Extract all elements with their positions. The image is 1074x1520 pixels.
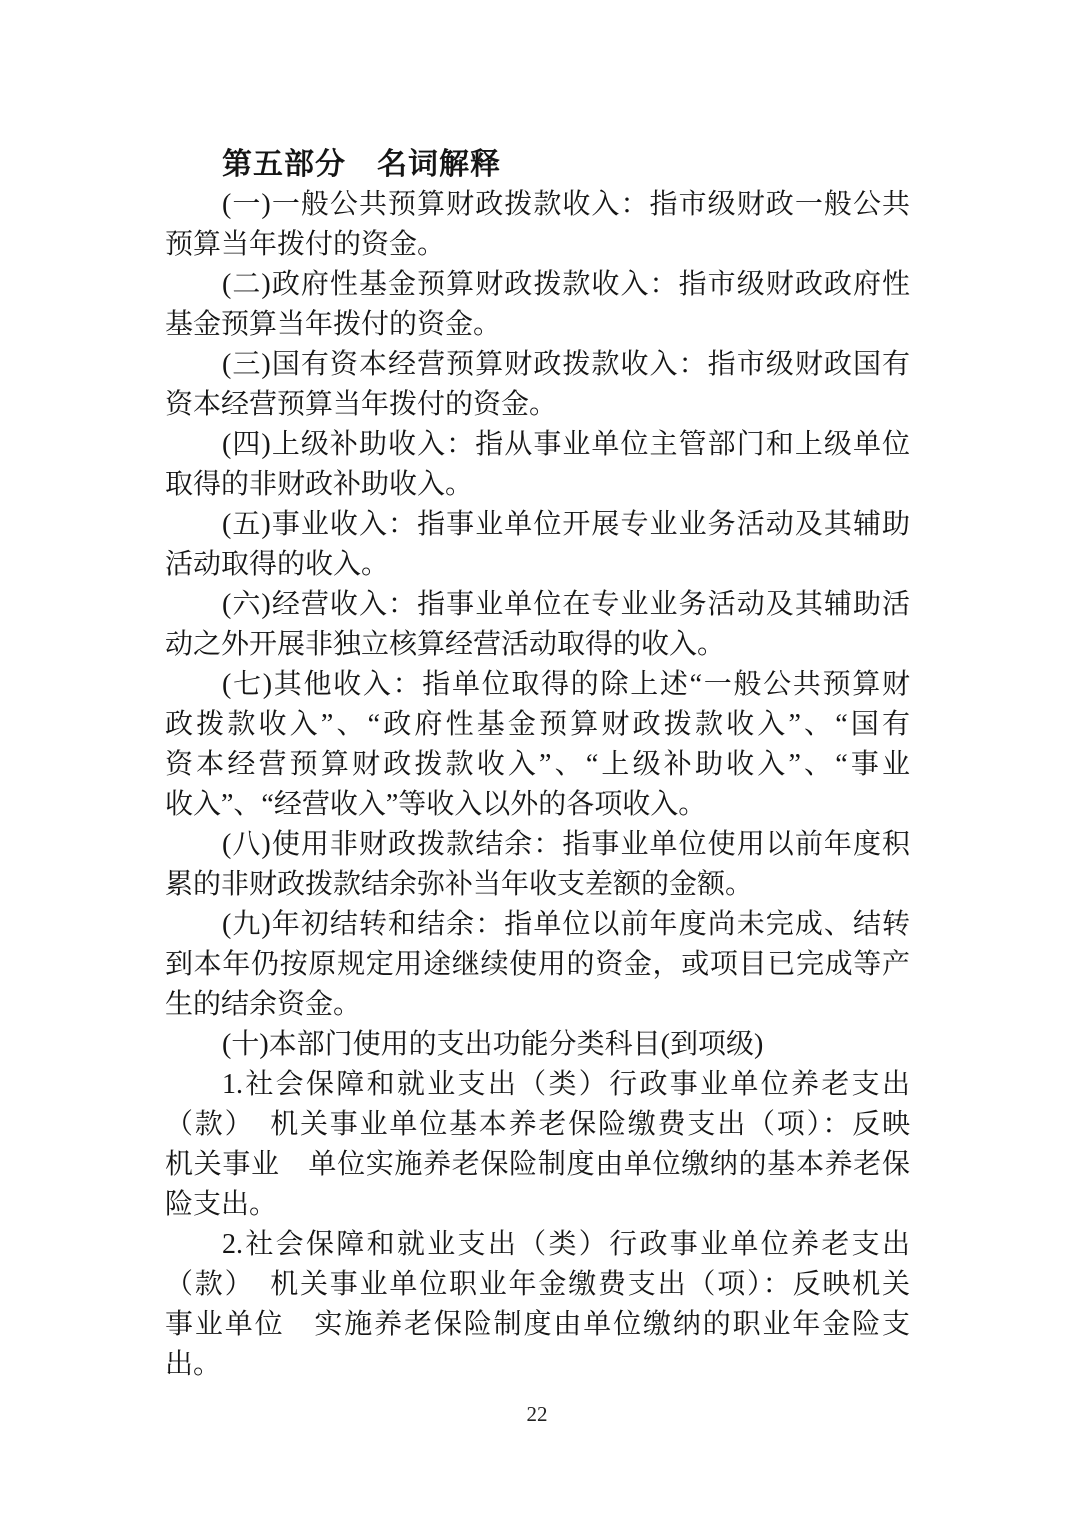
text-line: 累的非财政拨款结余弥补当年收支差额的金额。	[165, 865, 910, 905]
text-line: (四)上级补助收入：指从事业单位主管部门和上级单位	[165, 425, 910, 465]
document-page: 第五部分 名词解释 (一)一般公共预算财政拨款收入：指市级财政一般公共预算当年拨…	[0, 0, 1074, 1520]
text-line: 取得的非财政补助收入。	[165, 465, 910, 505]
text-line: 出。	[165, 1345, 910, 1385]
text-line: (二)政府性基金预算财政拨款收入：指市级财政政府性	[165, 265, 910, 305]
paragraph: (七)其他收入：指单位取得的除上述“一般公共预算财政拨款收入”、“政府性基金预算…	[165, 665, 910, 825]
paragraph: (九)年初结转和结余：指单位以前年度尚未完成、结转到本年仍按原规定用途继续使用的…	[165, 905, 910, 1025]
text-line: 预算当年拨付的资金。	[165, 225, 910, 265]
text-line: 机关事业 单位实施养老保险制度由单位缴纳的基本养老保	[165, 1145, 910, 1185]
text-line: 动之外开展非独立核算经营活动取得的收入。	[165, 625, 910, 665]
text-line: 基金预算当年拨付的资金。	[165, 305, 910, 345]
paragraph: (六)经营收入：指事业单位在专业业务活动及其辅助活动之外开展非独立核算经营活动取…	[165, 585, 910, 665]
paragraph: (五)事业收入：指事业单位开展专业业务活动及其辅助活动取得的收入。	[165, 505, 910, 585]
paragraph: (三)国有资本经营预算财政拨款收入：指市级财政国有资本经营预算当年拨付的资金。	[165, 345, 910, 425]
section-title: 第五部分 名词解释	[165, 145, 910, 185]
text-line: (九)年初结转和结余：指单位以前年度尚未完成、结转	[165, 905, 910, 945]
text-line: (十)本部门使用的支出功能分类科目(到项级)	[165, 1025, 910, 1065]
text-line: 资本经营预算财政拨款收入”、“上级补助收入”、“事业	[165, 745, 910, 785]
text-line: 资本经营预算当年拨付的资金。	[165, 385, 910, 425]
paragraph: 2.社会保障和就业支出（类）行政事业单位养老支出（款） 机关事业单位职业年金缴费…	[165, 1225, 910, 1385]
text-line: 政拨款收入”、“政府性基金预算财政拨款收入”、“国有	[165, 705, 910, 745]
text-line: 1.社会保障和就业支出（类）行政事业单位养老支出	[165, 1065, 910, 1105]
text-line: (一)一般公共预算财政拨款收入：指市级财政一般公共	[165, 185, 910, 225]
paragraph: (十)本部门使用的支出功能分类科目(到项级)	[165, 1025, 910, 1065]
paragraph: (四)上级补助收入：指从事业单位主管部门和上级单位取得的非财政补助收入。	[165, 425, 910, 505]
text-line: 生的结余资金。	[165, 985, 910, 1025]
text-line: 险支出。	[165, 1185, 910, 1225]
text-line: 2.社会保障和就业支出（类）行政事业单位养老支出	[165, 1225, 910, 1265]
paragraph: (八)使用非财政拨款结余：指事业单位使用以前年度积累的非财政拨款结余弥补当年收支…	[165, 825, 910, 905]
text-line: (七)其他收入：指单位取得的除上述“一般公共预算财	[165, 665, 910, 705]
paragraph: (一)一般公共预算财政拨款收入：指市级财政一般公共预算当年拨付的资金。	[165, 185, 910, 265]
text-line: (三)国有资本经营预算财政拨款收入：指市级财政国有	[165, 345, 910, 385]
text-line: 到本年仍按原规定用途继续使用的资金，或项目已完成等产	[165, 945, 910, 985]
text-line: 活动取得的收入。	[165, 545, 910, 585]
text-line: （款） 机关事业单位基本养老保险缴费支出（项）：反映	[165, 1105, 910, 1145]
page-number: 22	[0, 1402, 1074, 1427]
text-line: (八)使用非财政拨款结余：指事业单位使用以前年度积	[165, 825, 910, 865]
text-line: (五)事业收入：指事业单位开展专业业务活动及其辅助	[165, 505, 910, 545]
body-paragraphs: (一)一般公共预算财政拨款收入：指市级财政一般公共预算当年拨付的资金。(二)政府…	[165, 185, 910, 1385]
text-line: (六)经营收入：指事业单位在专业业务活动及其辅助活	[165, 585, 910, 625]
paragraph: 1.社会保障和就业支出（类）行政事业单位养老支出（款） 机关事业单位基本养老保险…	[165, 1065, 910, 1225]
paragraph: (二)政府性基金预算财政拨款收入：指市级财政政府性基金预算当年拨付的资金。	[165, 265, 910, 345]
text-line: （款） 机关事业单位职业年金缴费支出（项）：反映机关	[165, 1265, 910, 1305]
text-line: 事业单位 实施养老保险制度由单位缴纳的职业年金险支	[165, 1305, 910, 1345]
text-line: 收入”、“经营收入”等收入以外的各项收入。	[165, 785, 910, 825]
